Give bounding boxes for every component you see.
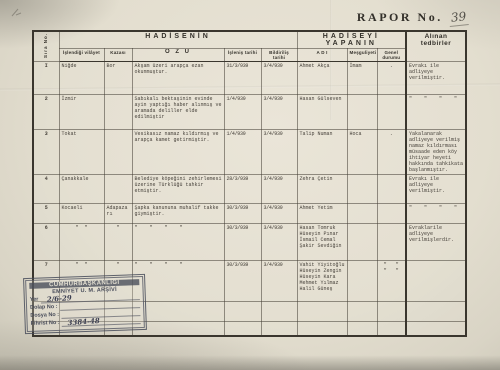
report-header: RAPOR No.39	[357, 8, 468, 26]
table-header-group-row: Sıra No. HADİSENİN HADİSEYİ YAPANIN Alın…	[33, 31, 466, 49]
cell-adi: Ahmet Yetim	[297, 204, 347, 224]
cell-bildirilis-tarihi: 3/4/939	[261, 62, 297, 95]
cell-genel-durumu: .	[377, 130, 406, 175]
cell-bildirilis-tarihi: 3/4/939	[261, 224, 297, 261]
report-number-handwritten: 39	[448, 9, 469, 27]
column-header-alinan-tedbirler: Alınan tedbirler	[406, 31, 466, 62]
column-header-islenis-tarihi: İşleniş tarihi	[224, 49, 261, 62]
cell-islenis-tarihi: 30/3/939	[224, 204, 261, 224]
cell-adi: Zehra Çetin	[297, 175, 347, 204]
cell-ozu: Akşam üzeri arapça ezan okunmuştur.	[132, 62, 224, 95]
cell-sira: 6	[33, 224, 59, 261]
column-header-kaza: Kazası	[104, 49, 132, 62]
cell-bildirilis-tarihi: 3/4/939	[261, 204, 297, 224]
cell-islenis-tarihi: 30/3/939	[224, 261, 261, 302]
cell-bildirilis-tarihi: 3/4/939	[261, 175, 297, 204]
stamp-value-fihrist-handwritten: 3384-48	[67, 317, 100, 327]
cell-mesguliyeti	[347, 175, 377, 204]
cell-genel-durumu: .	[377, 62, 406, 95]
cell-ozu: " " " "	[132, 261, 224, 302]
cell-kaza: Adapazarı	[104, 204, 132, 224]
cell-tedbir: Evrakı ile adliyeye verilmiştir.	[406, 175, 466, 204]
cell-sira: 4	[33, 175, 59, 204]
cell-islenis-tarihi: 30/3/939	[224, 224, 261, 261]
cell-kaza: "	[104, 224, 132, 261]
cell-tedbir: " " " "	[406, 204, 466, 224]
cell-mesguliyeti	[347, 224, 377, 261]
cell-bildirilis-tarihi: 3/4/939	[261, 261, 297, 302]
cell-ozu: Vesikasız namaz kıldırmış ve arapça kame…	[132, 130, 224, 175]
cell-islenis-tarihi: 31/3/939	[224, 62, 261, 95]
cell-kaza	[104, 130, 132, 175]
cell-sira: 5	[33, 204, 59, 224]
cell-vilayet: Niğde	[59, 62, 104, 95]
cell-tedbir: Yakalanarak adliyeye verilmiş namaz kıld…	[406, 130, 466, 175]
cell-mesguliyeti: Hoca	[347, 130, 377, 175]
cell-mesguliyeti	[347, 95, 377, 130]
cell-vilayet: Tokat	[59, 130, 104, 175]
stamp-value-yer-handwritten: 2/6-29	[46, 294, 71, 304]
cell-adi: Hasan Gülseven	[297, 95, 347, 130]
column-header-adi: A D I	[297, 49, 347, 62]
cell-genel-durumu	[377, 224, 406, 261]
cell-vilayet: Çanakkale	[59, 175, 104, 204]
cell-adi: Hasan Tomruk Hüseyin Pınar İsmail Cemal …	[297, 224, 347, 261]
column-header-sira: Sıra No.	[33, 31, 59, 62]
table-row: 6 " " " " " " " 30/3/939 3/4/939 Hasan T…	[33, 224, 466, 261]
report-number-label: RAPOR No.	[357, 10, 443, 24]
cell-sira: 2	[33, 95, 59, 130]
paper-sheet: RAPOR No.39 Sıra No. HADİSENİN HADİSEYİ …	[0, 0, 500, 370]
table-row: I Niğde Bor Akşam üzeri arapça ezan okun…	[33, 62, 466, 95]
document-photo: RAPOR No.39 Sıra No. HADİSENİN HADİSEYİ …	[0, 0, 500, 370]
cell-islenis-tarihi: 28/3/939	[224, 175, 261, 204]
cell-vilayet: Kocaeli	[59, 204, 104, 224]
column-header-vilayet: İşlendiği vilâyet	[59, 49, 104, 62]
cell-sira: I	[33, 62, 59, 95]
column-group-hadiseyi-yapanin: HADİSEYİ YAPANIN	[297, 31, 406, 49]
cell-tedbir: " " " "	[406, 95, 466, 130]
pencil-mark	[10, 6, 30, 20]
cell-tedbir: Evrakı ile adliyeye verilmiştir.	[406, 62, 466, 95]
cell-kaza	[104, 175, 132, 204]
cell-ozu: Şapka kanununa muhalif takke giymiştir.	[132, 204, 224, 224]
cell-ozu: " " " "	[132, 224, 224, 261]
cell-vilayet: " "	[59, 224, 104, 261]
cell-kaza	[104, 95, 132, 130]
cell-islenis-tarihi: 1/4/939	[224, 130, 261, 175]
column-header-bildirilis-tarihi: Bildiriliş tarihi	[261, 49, 297, 62]
cell-islenis-tarihi: 1/4/939	[224, 95, 261, 130]
table-row: 3 Tokat Vesikasız namaz kıldırmış ve ara…	[33, 130, 466, 175]
cell-ozu: Belediye köpeğini zehirlemesi üzerine Tü…	[132, 175, 224, 204]
table-header-sub-row: İşlendiği vilâyet Kazası Ö Z Ü İşleniş t…	[33, 49, 466, 62]
cell-tedbir: Evraklarile adliyeye verilmişlerdir.	[406, 224, 466, 261]
cell-bildirilis-tarihi: 3/4/939	[261, 95, 297, 130]
table-row: 2 İzmir Sabıkalı bektaşinin evinde ayin …	[33, 95, 466, 130]
column-header-genel-durumu: Genel durumu	[377, 49, 406, 62]
cell-genel-durumu	[377, 95, 406, 130]
cell-mesguliyeti: İmam	[347, 62, 377, 95]
cell-adi: Talip Numan	[297, 130, 347, 175]
cell-genel-durumu	[377, 204, 406, 224]
column-header-mesguliyeti: Meşguliyeti	[347, 49, 377, 62]
cell-kaza: Bor	[104, 62, 132, 95]
cell-adi: Ahmet Akça	[297, 62, 347, 95]
cell-vilayet: İzmir	[59, 95, 104, 130]
cell-ozu: Sabıkalı bektaşinin evinde ayin yaptığı …	[132, 95, 224, 130]
table-row: 4 Çanakkale Belediye köpeğini zehirlemes…	[33, 175, 466, 204]
cell-tedbir	[406, 261, 466, 302]
cell-mesguliyeti	[347, 261, 377, 302]
cell-genel-durumu: " " " "	[377, 261, 406, 302]
cell-adi: Vahit Yiyitoğlu Hüseyin Zengin Hüseyin K…	[297, 261, 347, 302]
archive-stamp: CUMHURBAŞKANLIĞI EMNİYET U. M. ARŞİVİ Ye…	[23, 274, 147, 334]
column-header-ozu: Ö Z Ü	[132, 49, 224, 62]
cell-genel-durumu	[377, 175, 406, 204]
column-group-hadisenin: HADİSENİN	[59, 31, 297, 49]
cell-mesguliyeti	[347, 204, 377, 224]
table-row: 5 Kocaeli Adapazarı Şapka kanununa muhal…	[33, 204, 466, 224]
cell-sira: 3	[33, 130, 59, 175]
cell-bildirilis-tarihi: 3/4/939	[261, 130, 297, 175]
